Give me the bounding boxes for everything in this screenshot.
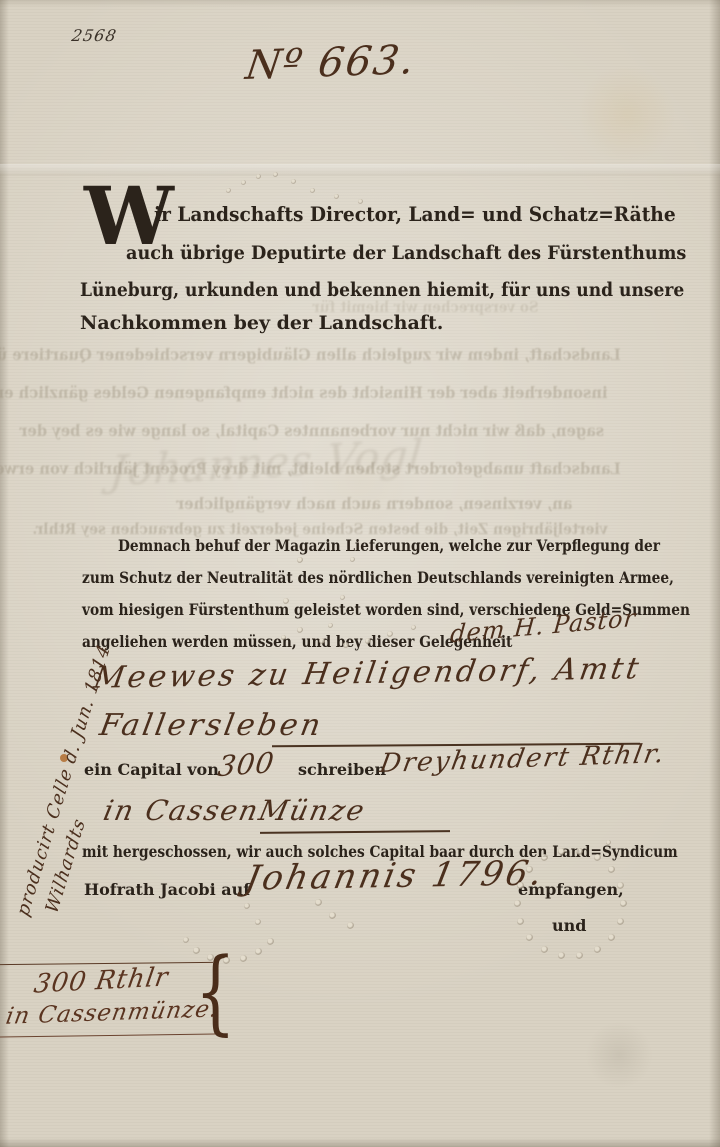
punch-hole (411, 625, 416, 630)
punch-hole (514, 900, 521, 907)
punch-hole (297, 627, 303, 633)
punch-hole (526, 866, 533, 873)
punch-hole (608, 934, 615, 941)
punch-hole (541, 946, 548, 953)
punch-holes-layer (0, 0, 720, 1147)
punch-hole (517, 918, 524, 925)
punch-hole (183, 937, 189, 943)
punch-hole (291, 179, 296, 184)
punch-hole (281, 635, 286, 640)
punch-hole (606, 840, 611, 845)
punch-hole (267, 938, 274, 945)
punch-hole (255, 948, 262, 955)
punch-hole (223, 957, 230, 964)
punch-hole (358, 199, 363, 204)
punch-hole (541, 854, 548, 861)
punch-hole (334, 194, 339, 199)
punch-hole (343, 642, 349, 648)
punch-hole (558, 952, 565, 959)
punch-hole (576, 848, 583, 855)
punch-hole (207, 954, 214, 961)
punch-hole (328, 623, 333, 628)
punch-hole (347, 922, 354, 929)
punch-hole (193, 947, 200, 954)
punch-hole (244, 903, 250, 909)
punch-hole (365, 638, 371, 644)
document-scan: So versprechen wir hiemit für Landschaft… (0, 0, 720, 1147)
punch-hole (617, 918, 624, 925)
punch-hole (297, 557, 303, 563)
punch-hole (526, 934, 533, 941)
punch-hole (310, 188, 315, 193)
punch-hole (558, 848, 565, 855)
punch-hole (226, 188, 231, 193)
punch-hole (256, 174, 261, 179)
punch-hole (608, 866, 615, 873)
punch-hole (594, 854, 601, 861)
punch-hole (273, 172, 278, 177)
punch-hole (241, 180, 246, 185)
punch-hole (594, 946, 601, 953)
punch-hole (255, 919, 261, 925)
punch-hole (283, 598, 289, 604)
punch-hole (340, 595, 345, 600)
punch-hole (329, 912, 336, 919)
punch-hole (350, 557, 355, 562)
punch-hole (387, 631, 393, 637)
punch-hole (315, 899, 322, 906)
punch-hole (620, 900, 627, 907)
punch-hole (240, 955, 247, 962)
punch-hole (517, 882, 524, 889)
punch-hole (576, 952, 583, 959)
punch-hole (319, 638, 325, 644)
punch-hole (617, 882, 624, 889)
